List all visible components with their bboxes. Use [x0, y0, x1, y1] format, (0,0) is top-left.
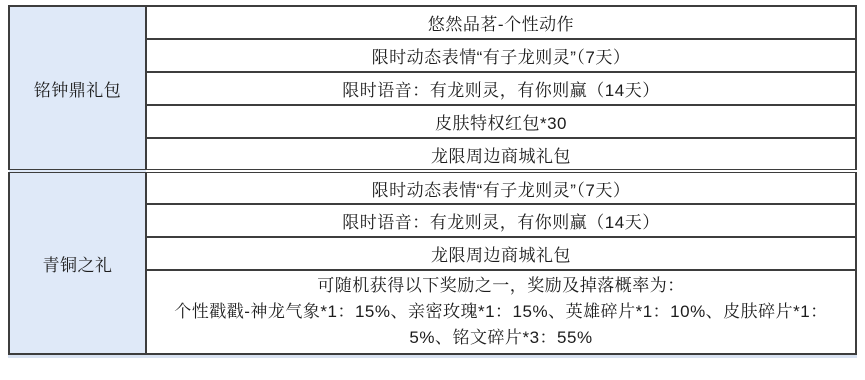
rewards-table-container: 铭钟鼎礼包 悠然品茗-个性动作 限时动态表情“有子龙则灵”（7天） 限时语音：有…	[8, 5, 857, 358]
rewards-table: 铭钟鼎礼包 悠然品茗-个性动作 限时动态表情“有子龙则灵”（7天） 限时语音：有…	[8, 5, 857, 355]
reward-item-cell: 限时动态表情“有子龙则灵”（7天）	[146, 171, 856, 204]
reward-item-cell: 龙限周边商城礼包	[146, 237, 856, 270]
reward-item-cell: 龙限周边商城礼包	[146, 138, 856, 171]
package-block-mingzhongding: 铭钟鼎礼包 悠然品茗-个性动作 限时动态表情“有子龙则灵”（7天） 限时语音：有…	[9, 6, 856, 171]
reward-item-cell: 限时动态表情“有子龙则灵”（7天）	[146, 39, 856, 72]
reward-item-cell: 皮肤特权红包*30	[146, 105, 856, 138]
reward-item-cell: 限时语音：有龙则灵，有你则赢（14天）	[146, 204, 856, 237]
package-name-cell: 铭钟鼎礼包	[9, 6, 146, 171]
package-name-cell: 青铜之礼	[9, 171, 146, 354]
table-row: 青铜之礼 限时动态表情“有子龙则灵”（7天）	[9, 171, 856, 204]
reward-item-cell: 限时语音：有龙则灵，有你则赢（14天）	[146, 72, 856, 105]
table-bottom-shadow	[8, 355, 857, 358]
reward-item-cell: 悠然品茗-个性动作	[146, 6, 856, 39]
random-reward-note-probabilities: 个性戳戳-神龙气象*1：15%、亲密玫瑰*1：15%、英雄碎片*1：10%、皮肤…	[174, 302, 828, 347]
table-row: 铭钟鼎礼包 悠然品茗-个性动作	[9, 6, 856, 39]
random-reward-note-cell: 可随机获得以下奖励之一，奖励及掉落概率为： 个性戳戳-神龙气象*1：15%、亲密…	[146, 270, 856, 354]
package-block-qingtongzhili: 青铜之礼 限时动态表情“有子龙则灵”（7天） 限时语音：有龙则灵，有你则赢（14…	[9, 171, 856, 354]
random-reward-note-intro: 可随机获得以下奖励之一，奖励及掉落概率为：	[317, 276, 685, 295]
